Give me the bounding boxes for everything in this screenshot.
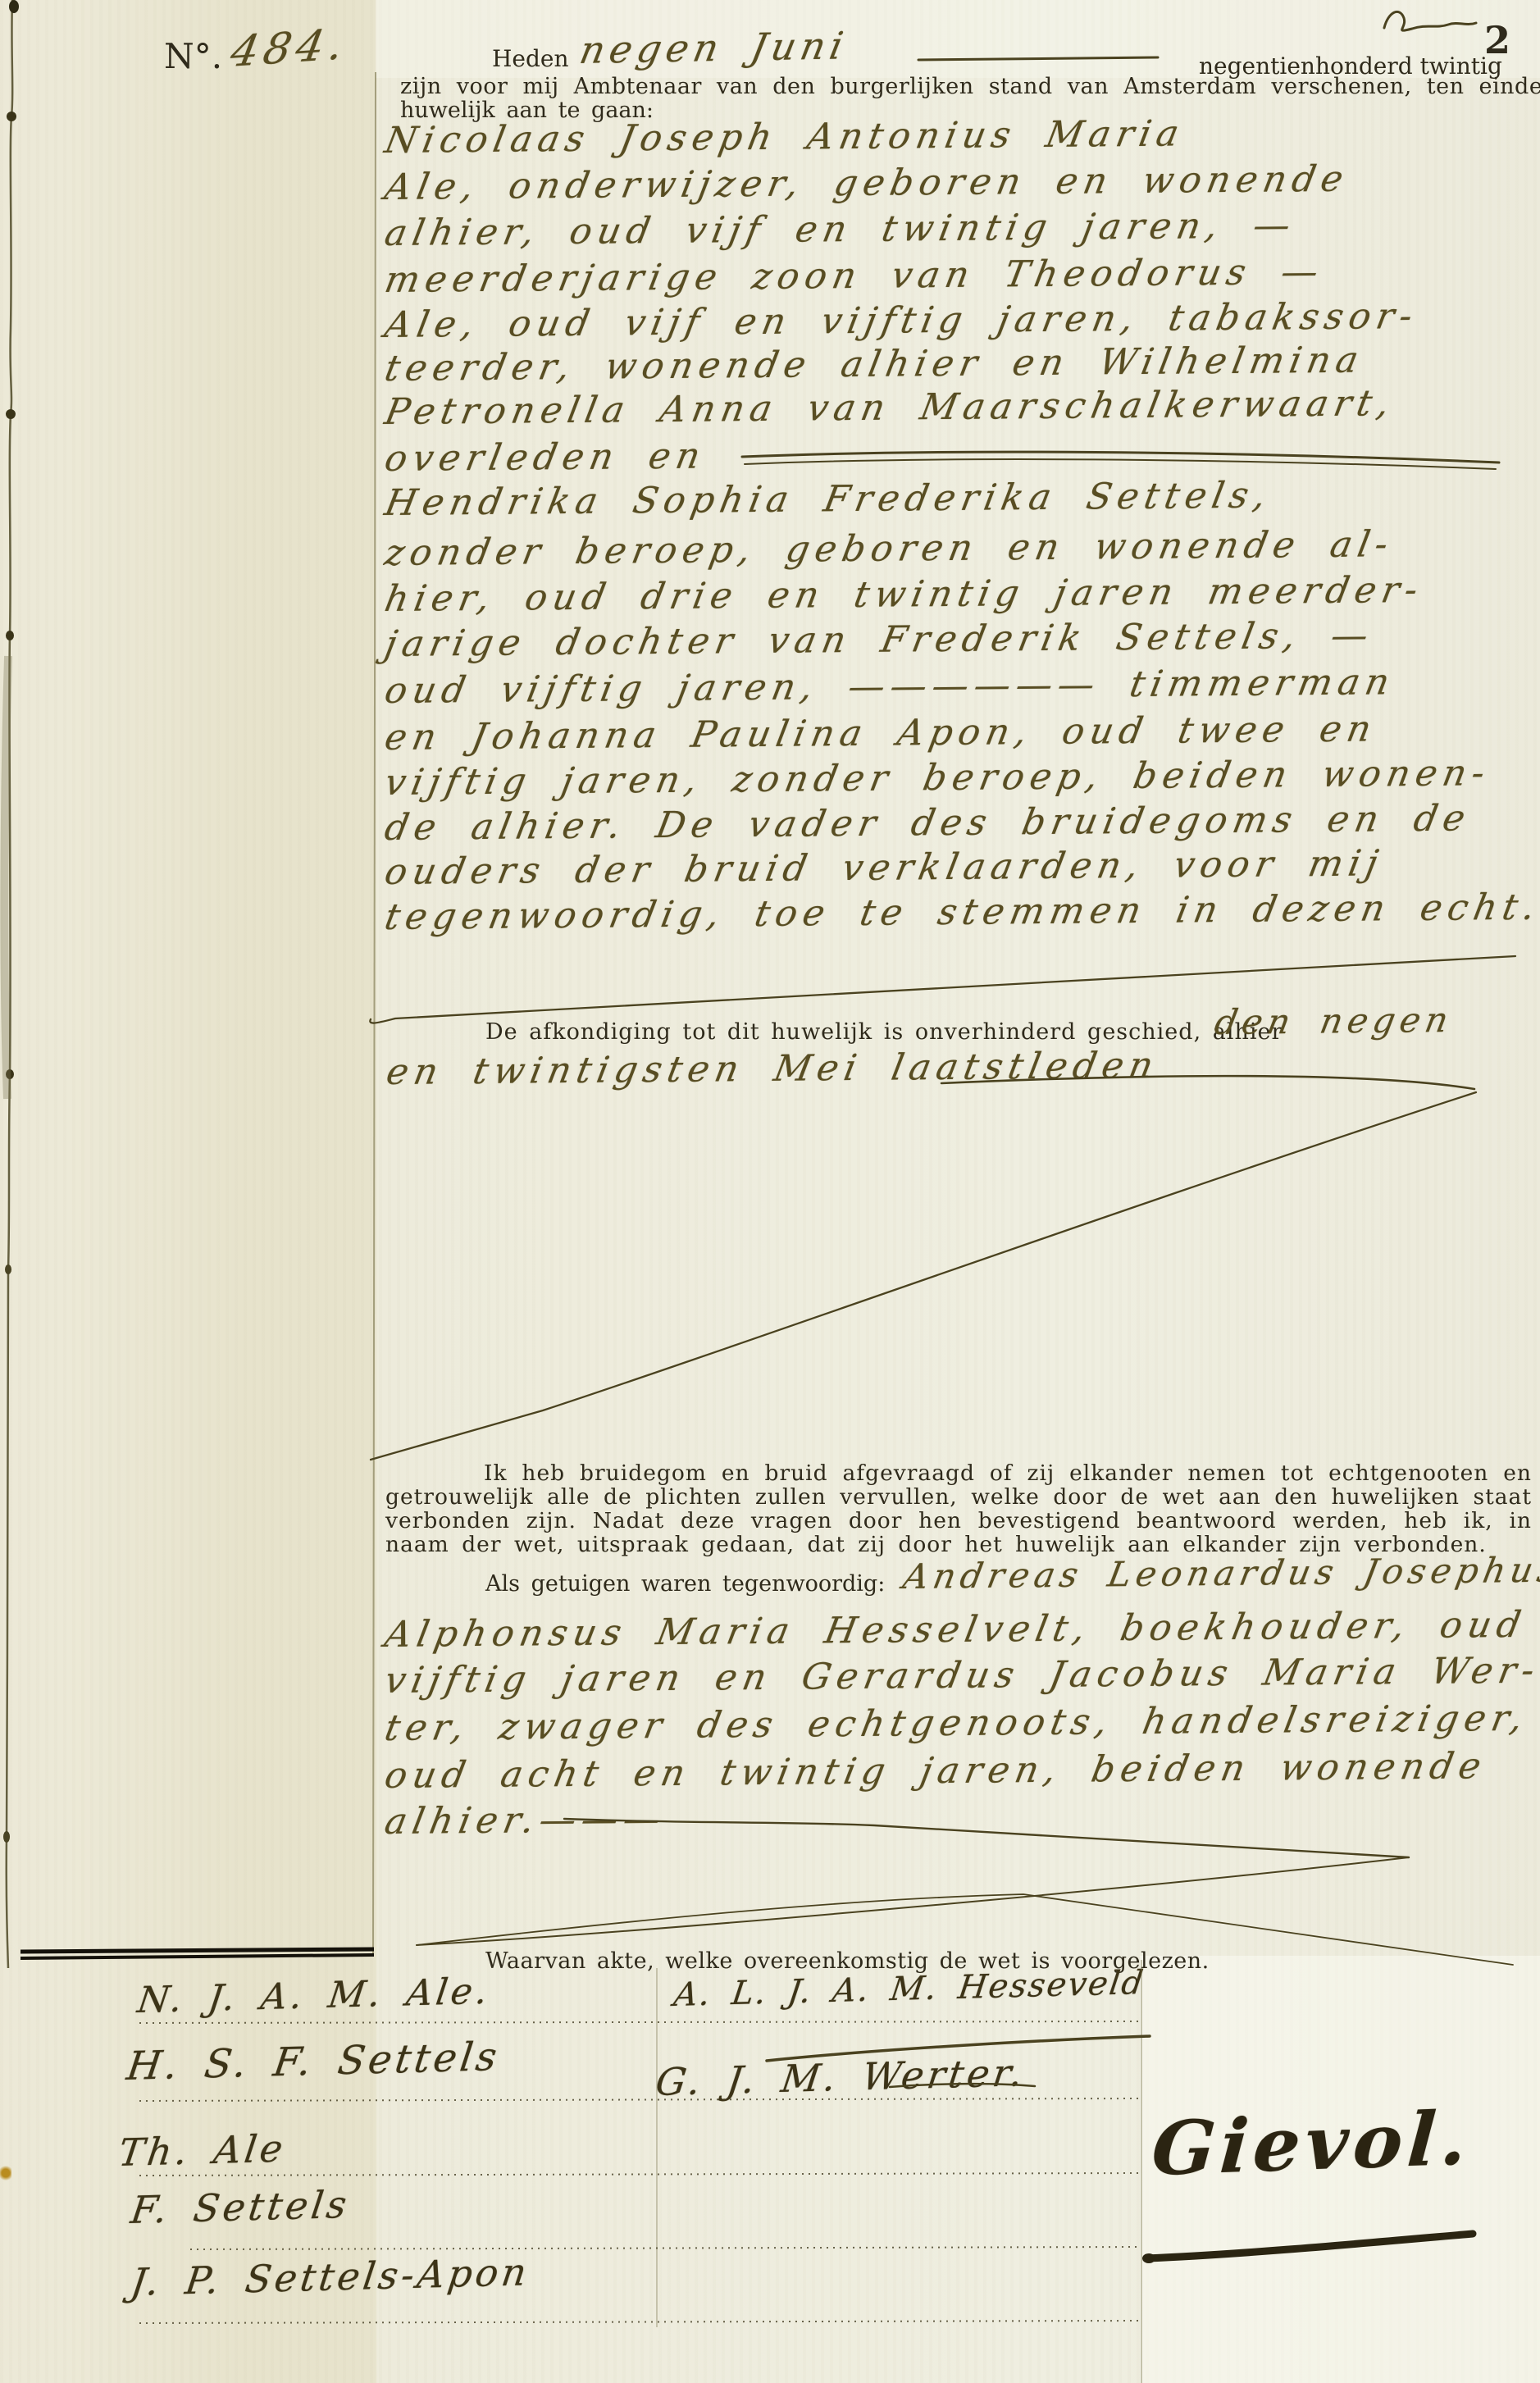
paper-stain — [0, 2165, 11, 2181]
witnesses-intro-hand: Andreas Leonardus Josephus — [900, 1550, 1540, 1597]
body-line: Petronella Anna van Maarschalkerwaart, — [381, 382, 1398, 433]
body-line: Nicolaas Joseph Antonius Maria — [381, 113, 1187, 162]
body-line: oud vijftig jaren, —————— timmerman — [381, 661, 1398, 712]
signature-father-groom: Th. Ale — [116, 2126, 289, 2175]
header-date-hand: negen Juni — [576, 23, 852, 72]
body-line: meerderjarige zoon van Theodorus — — [381, 251, 1327, 301]
body-line: ouders der bruid verklaarden, voor mij — [381, 842, 1387, 893]
header-heden: Heden — [492, 45, 569, 72]
act-number: 484. — [227, 20, 353, 77]
witness-line: alhier.——— — [381, 1798, 669, 1843]
body-line: Ale, onderwijzer, geboren en wonende — [381, 158, 1352, 208]
document-page: N°. 484. 2 Heden negen Juni negentienhon… — [0, 0, 1540, 2383]
body-line: teerder, wonende alhier en Wilhelmina — [381, 339, 1367, 390]
witnesses-intro-printed: Als getuigen waren tegenwoordig: — [485, 1571, 885, 1597]
body-line: overleden en — [381, 435, 709, 480]
body-line: jarige dochter van Frederik Settels, — — [381, 615, 1377, 665]
announcement-printed: De afkondiging tot dit huwelijk is onver… — [485, 1019, 1283, 1045]
body-line: en Johanna Paulina Apon, oud twee en — [381, 708, 1380, 759]
ceremony-paragraph: Ik heb bruidegom en bruid afgevraagd of … — [385, 1461, 1532, 1556]
signature-father-bride: F. Settels — [128, 2182, 352, 2232]
announcement-hand-suffix: den negen — [1211, 1000, 1456, 1042]
act-number-label: N°. — [164, 36, 222, 76]
body-line: Hendrika Sophia Frederika Settels, — [381, 475, 1275, 524]
header-line2: zijn voor mij Ambtenaar van den burgerli… — [400, 74, 1540, 99]
announcement-hand-line2: en twintigsten Mei laatstleden — [383, 1045, 1162, 1093]
signature-official: Gievol. — [1149, 2094, 1474, 2192]
body-line: zonder beroep, geboren en wonende al- — [381, 523, 1397, 574]
body-line: alhier, oud vijf en twintig jaren, — — [381, 204, 1299, 254]
